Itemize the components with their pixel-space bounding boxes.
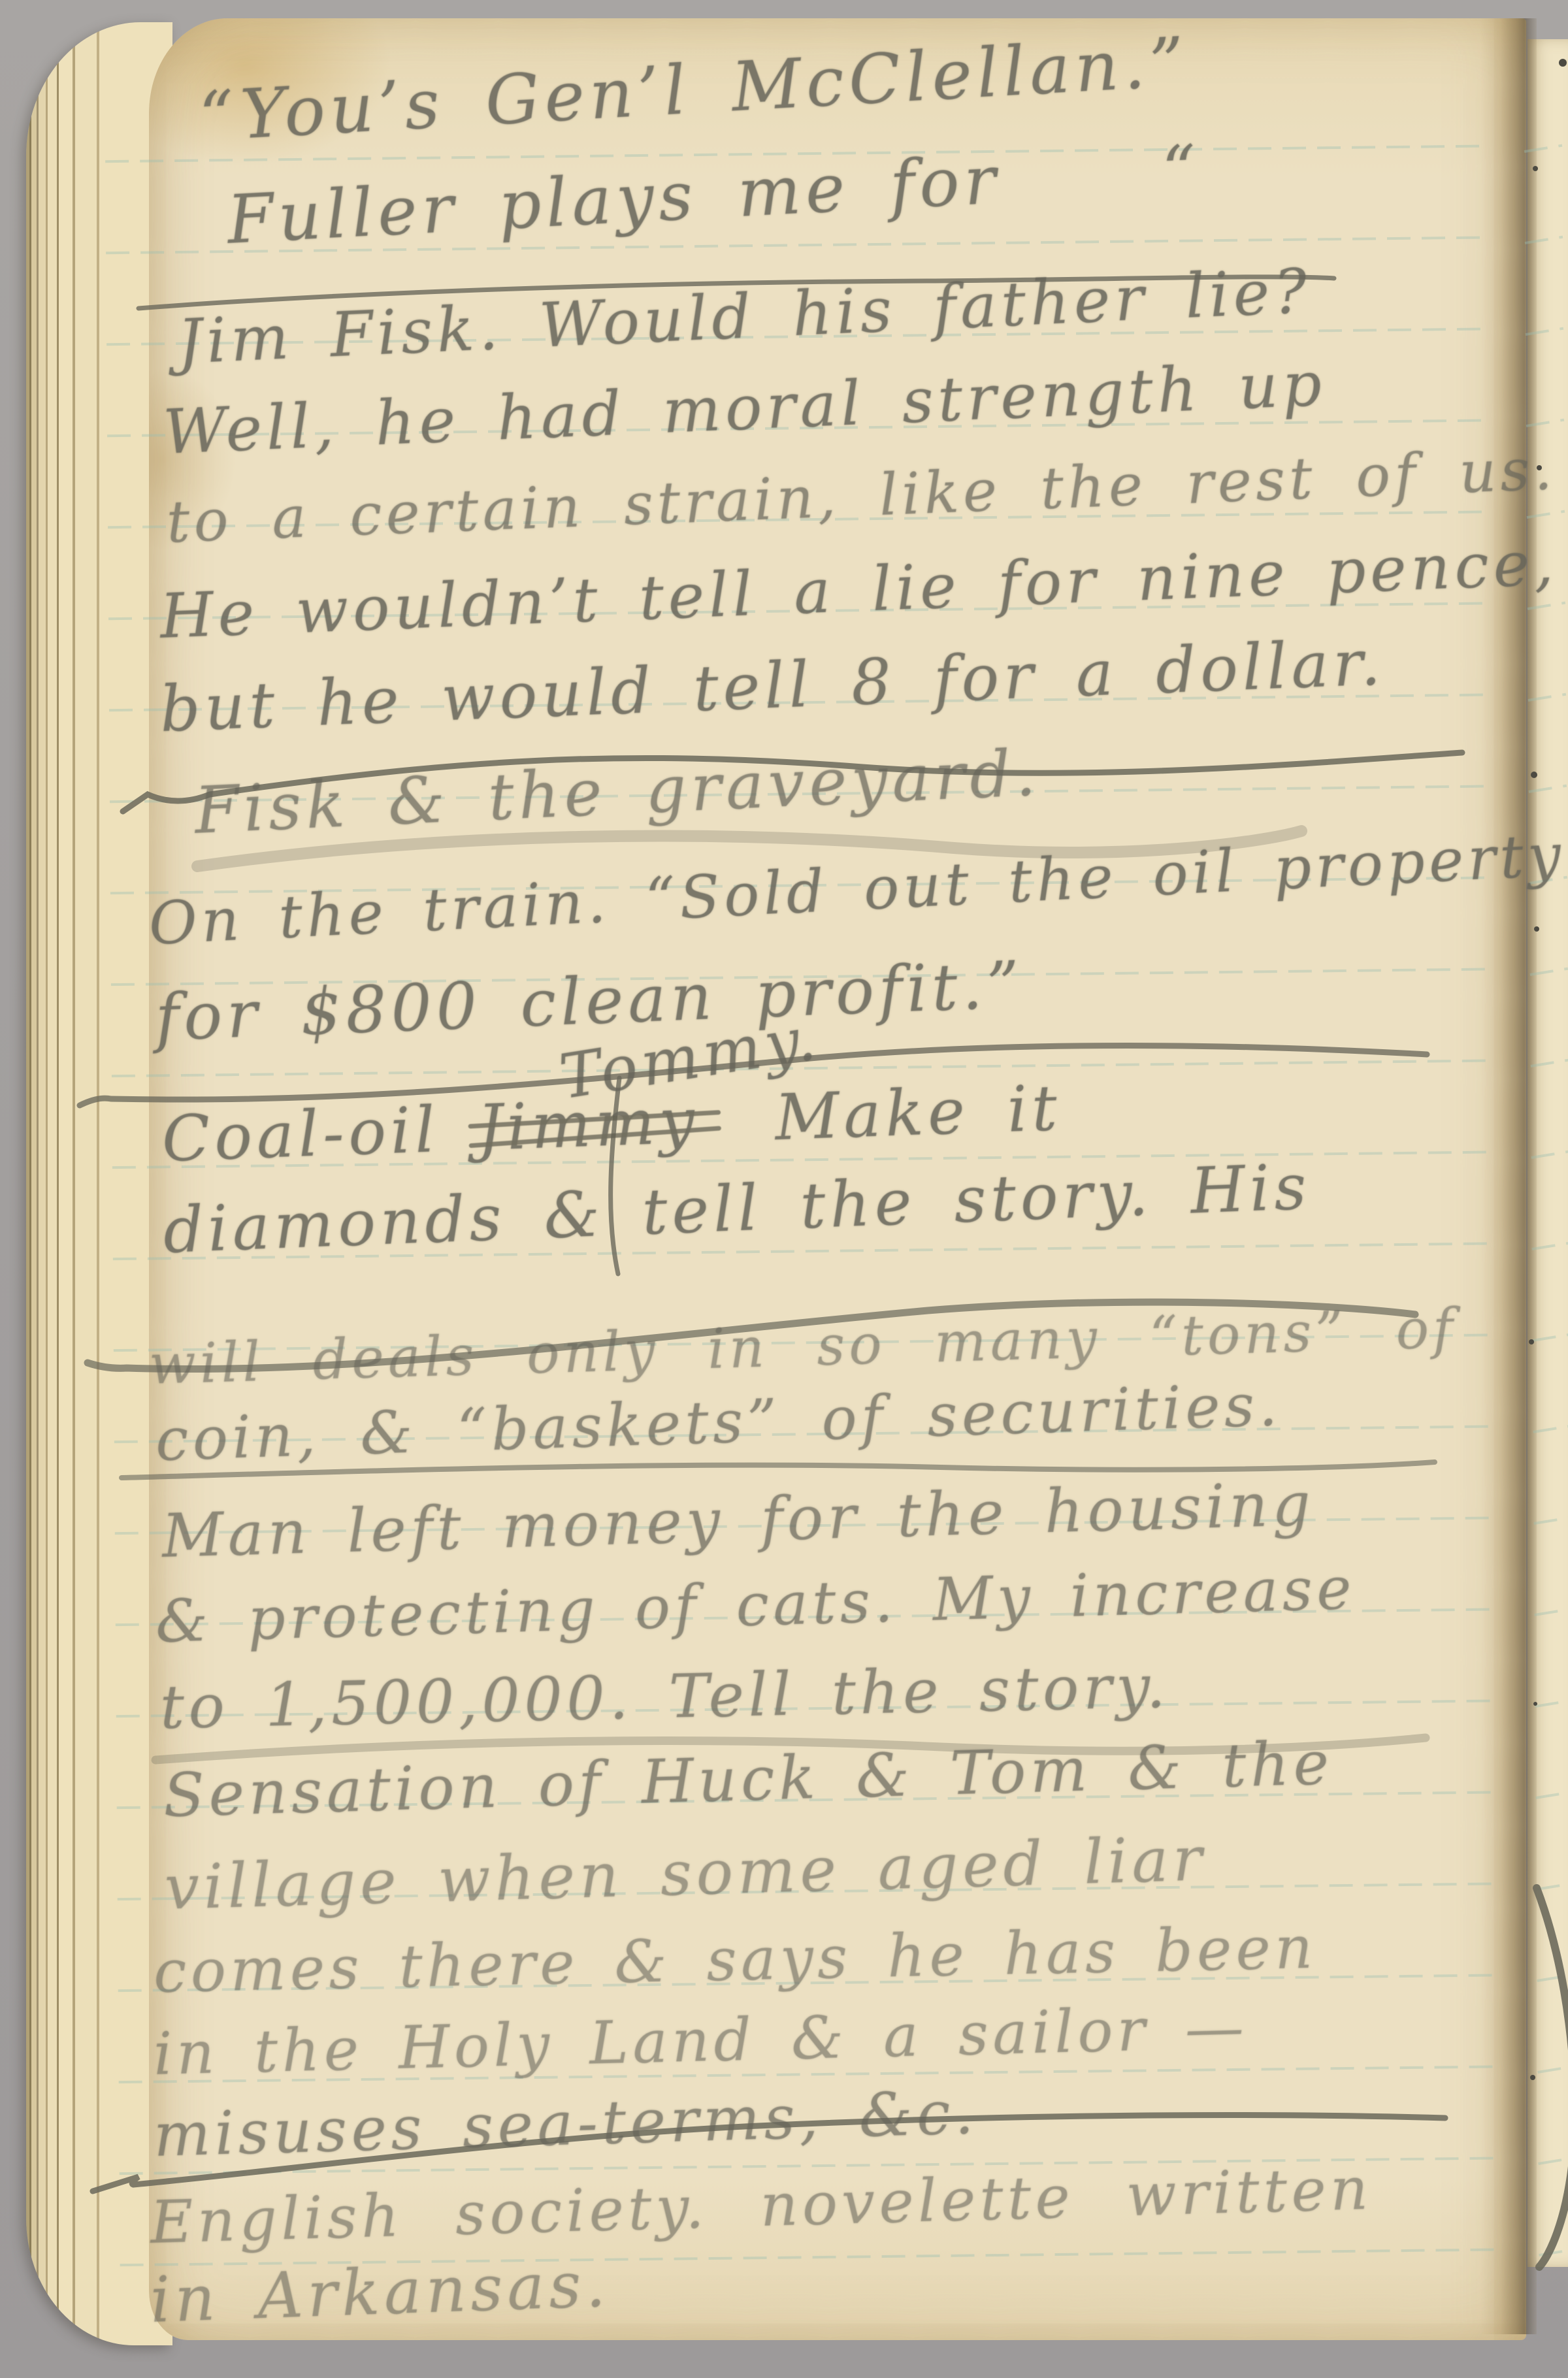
notebook-scan: “You’s Gen’l McClellan.” Fuller plays me… bbox=[0, 0, 1568, 2378]
edit-post-text: Make it bbox=[698, 1071, 1063, 1157]
edit-pre-text: Coal-oil bbox=[161, 1092, 479, 1176]
facing-page bbox=[1527, 39, 1568, 2267]
